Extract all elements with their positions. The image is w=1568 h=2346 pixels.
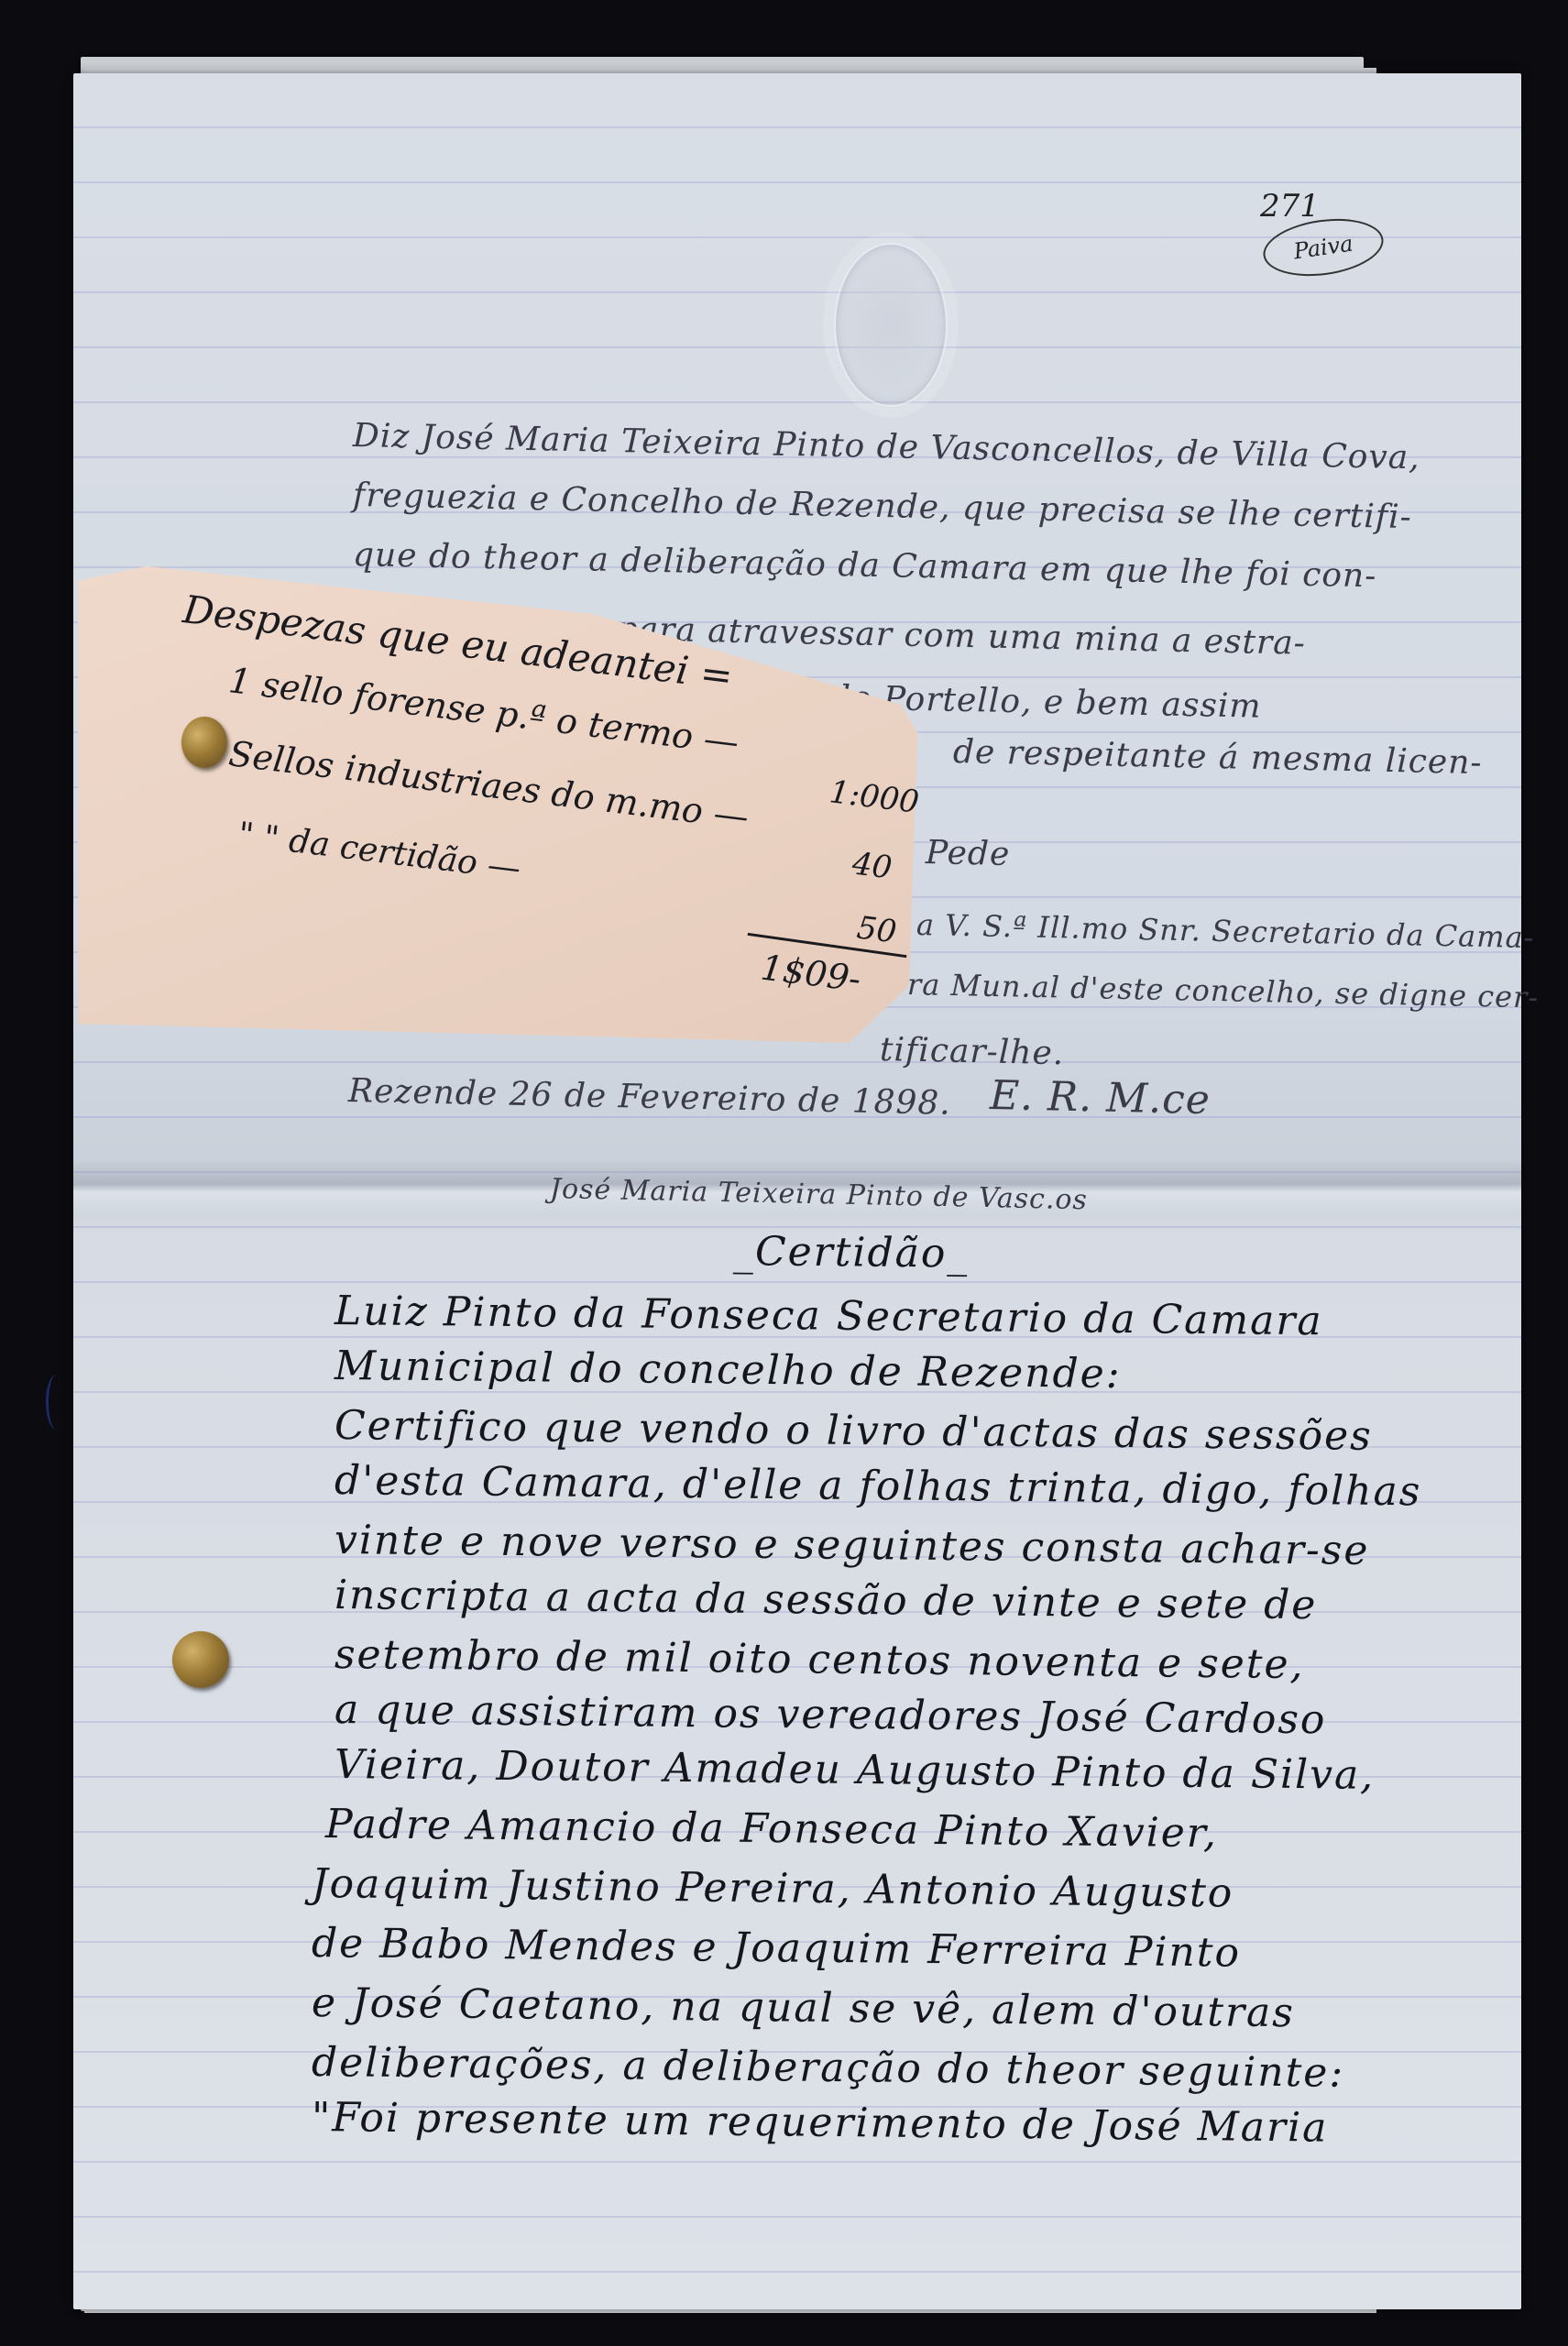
slip-item-amount: 50 <box>855 910 899 951</box>
closing-formula: E. R. M.ce <box>989 1072 1211 1124</box>
certificate-title: _Certidão_ <box>733 1228 970 1277</box>
brass-fastener-icon <box>172 1631 229 1688</box>
certificate-line: Joaquim Justino Pereira, Antonio Augusto <box>312 1860 1234 1917</box>
embossed-seal-icon <box>834 243 948 407</box>
certificate-line: Padre Amancio da Fonseca Pinto Xavier, <box>325 1801 1219 1857</box>
petition-line: Pede <box>926 834 1011 873</box>
certificate-line: Municipal do concelho de Rezende: <box>334 1343 1122 1398</box>
folio-number: 271 <box>1260 188 1320 225</box>
certificate-line: de Babo Mendes e Joaquim Ferreira Pinto <box>312 1920 1242 1977</box>
blue-ink-mark <box>46 1375 67 1430</box>
petition-line: tificar-lhe. <box>880 1031 1065 1072</box>
stamp-oval-text: Paiva <box>1292 231 1354 265</box>
brass-fastener-icon <box>181 717 227 768</box>
slip-item-amount: 40 <box>850 846 894 887</box>
